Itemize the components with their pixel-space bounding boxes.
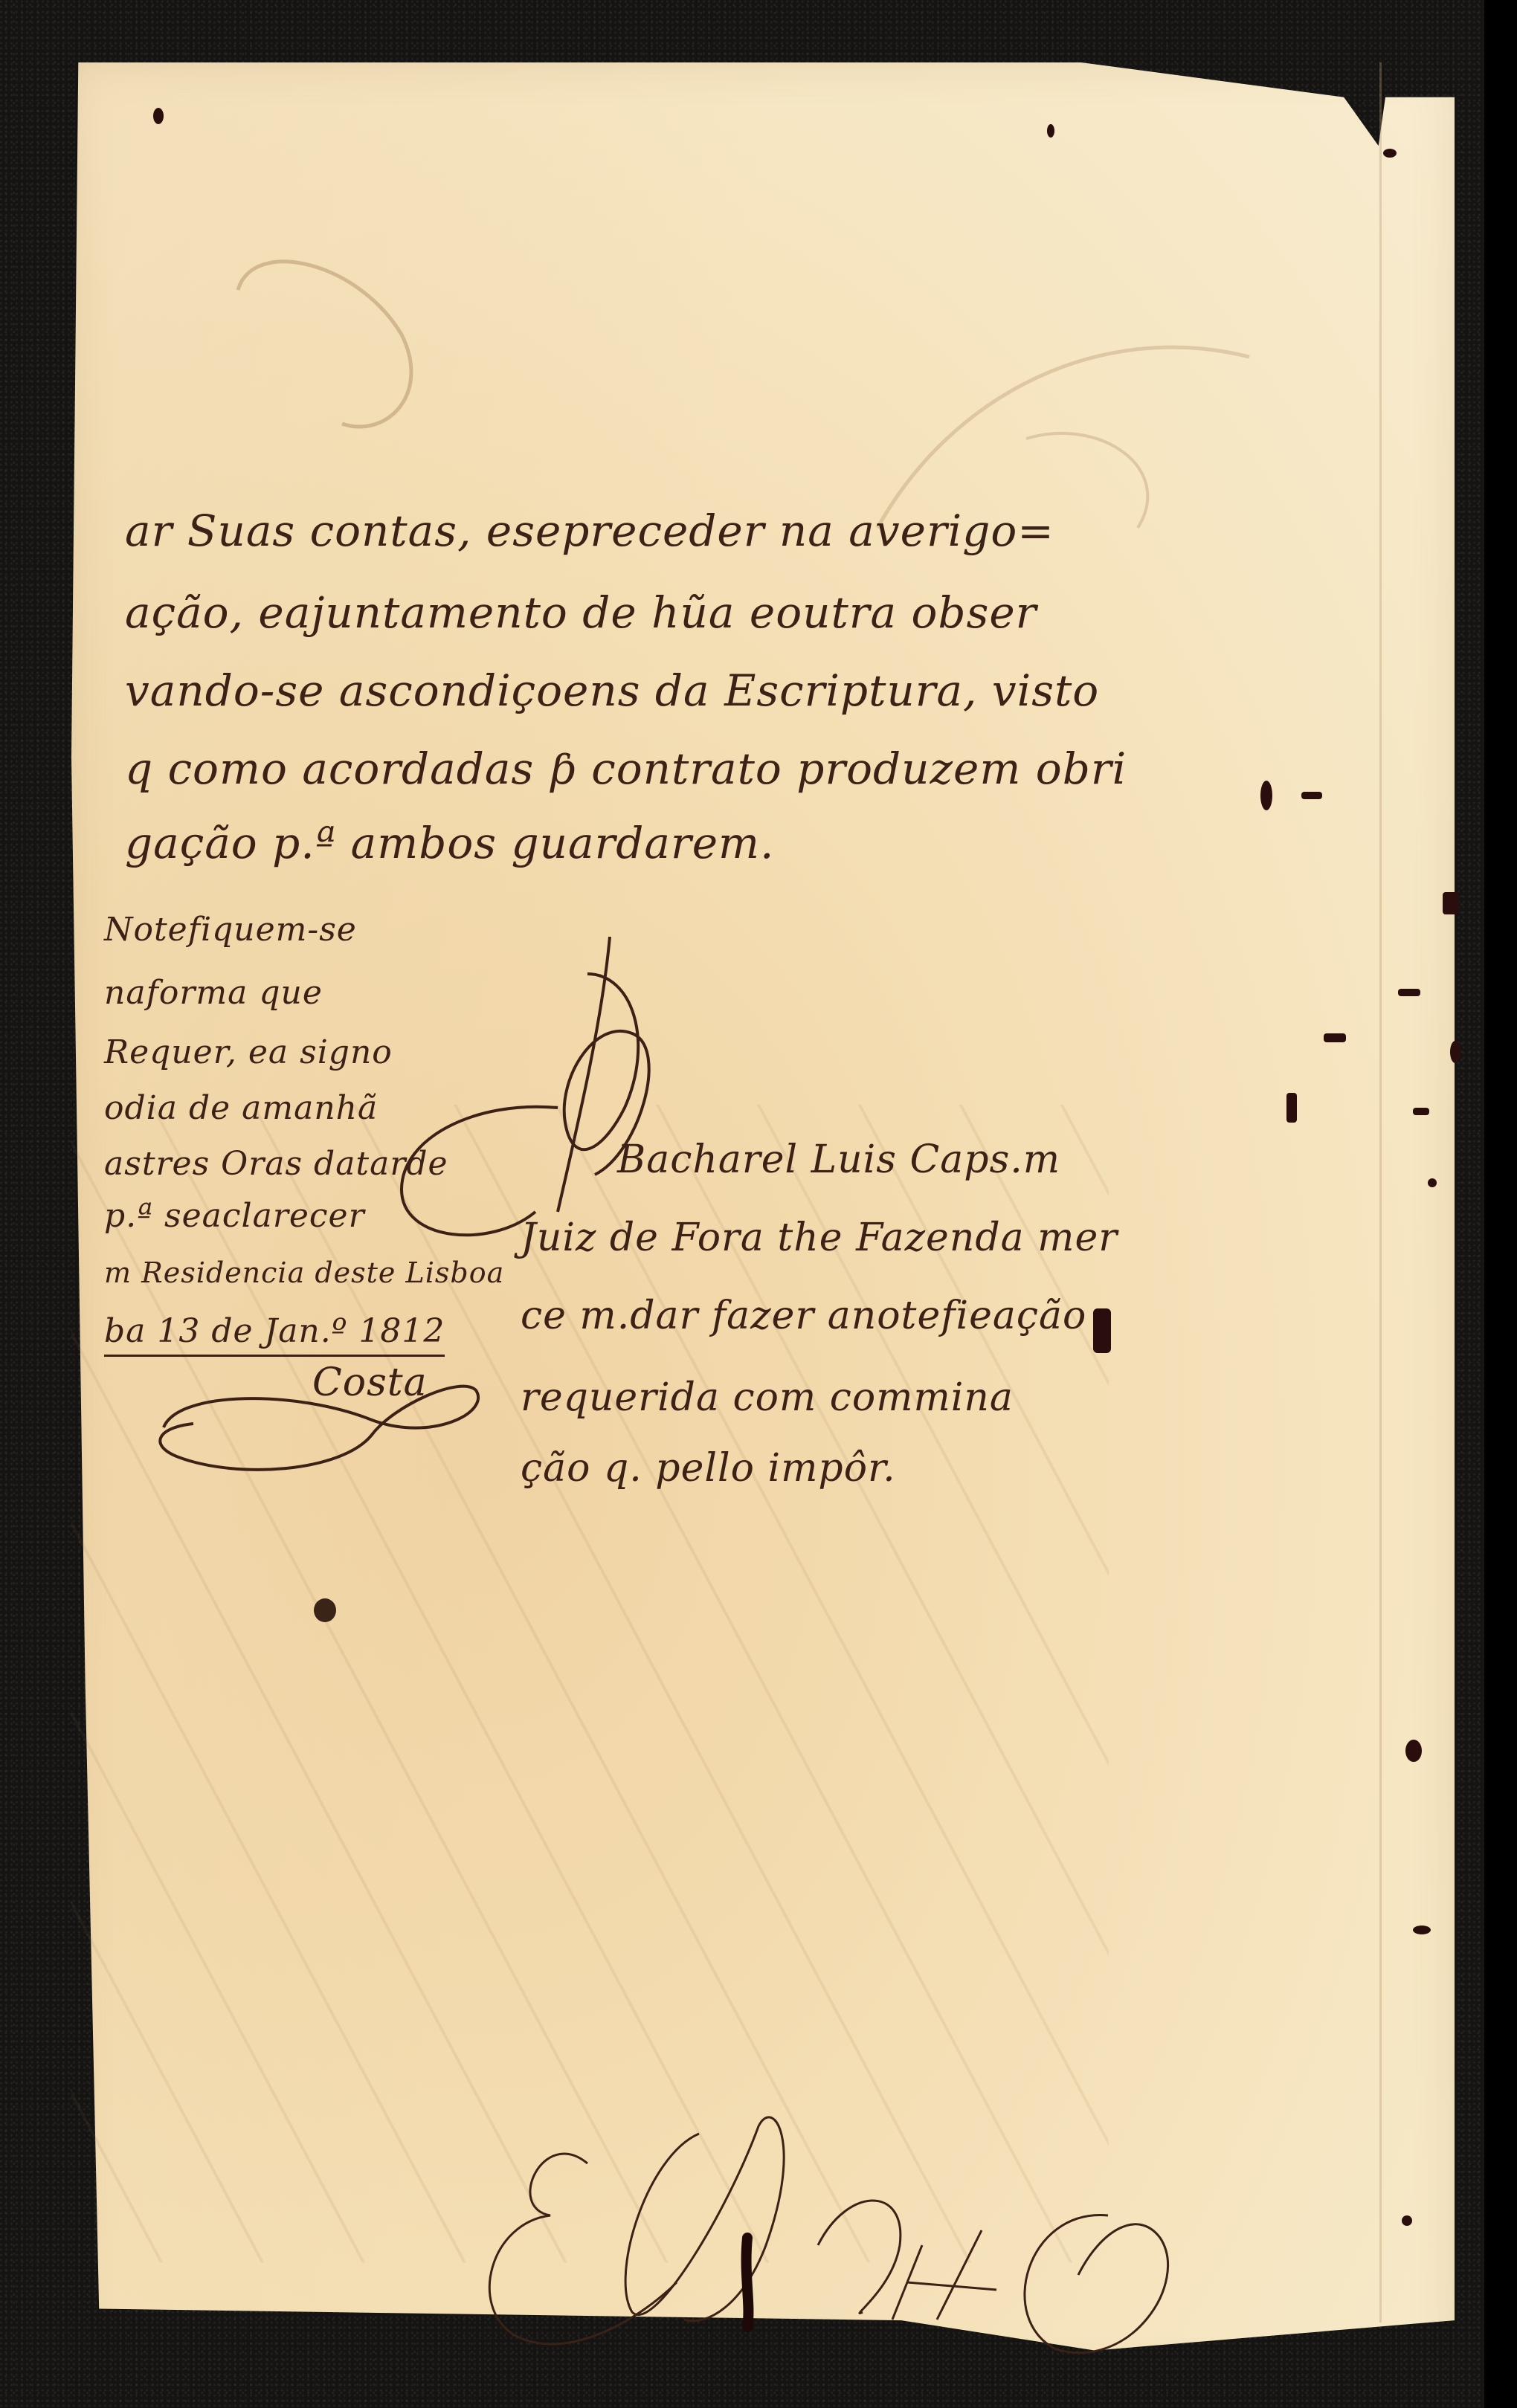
ink-spot: [1402, 2215, 1412, 2226]
ink-spot: [1398, 989, 1420, 996]
ink-spot: [153, 108, 164, 124]
ink-spot: [1450, 1041, 1460, 1063]
ink-spot: [1093, 1308, 1111, 1353]
margin-note-line: odia de amanhã: [104, 1089, 378, 1127]
margin-note-line: Requer, ea signo: [104, 1033, 393, 1071]
margin-note-line: p.ª seaclarecer: [104, 1197, 365, 1235]
ink-spot: [1047, 124, 1054, 138]
main-text-line: q como acordadas ƥ contrato produzem obr…: [125, 743, 1127, 794]
margin-note-date: ba 13 de Jan.º 1812: [104, 1312, 445, 1357]
scanner-background-strip: [1484, 0, 1517, 2408]
dispatch-line: requerida com commina: [521, 1375, 1014, 1420]
margin-note-line: astres Oras datarde: [104, 1145, 448, 1183]
margin-note-signature: Costa: [312, 1360, 428, 1405]
margin-note-line: Notefiquem-se: [104, 911, 357, 949]
dispatch-line: Juiz de Fora the Fazenda mer: [521, 1216, 1118, 1260]
paper-fold-line: [1379, 62, 1382, 2323]
ink-spot: [1301, 792, 1322, 799]
dispatch-line: ção q. pello impôr.: [521, 1446, 896, 1491]
dispatch-line: ce m.dar fazer anotefieação: [521, 1294, 1086, 1338]
ink-spot: [1443, 892, 1459, 914]
main-text-line: ar Suas contas, esepreceder na averigo=: [125, 506, 1054, 556]
ink-spot: [314, 1598, 336, 1622]
ink-spot: [1383, 149, 1397, 158]
main-text-line: ação, eajuntamento de hũa eoutra obser: [125, 587, 1037, 638]
margin-note-line: naforma que: [104, 974, 323, 1012]
ink-spot: [1428, 1178, 1437, 1187]
main-text-line: gação p.ª ambos guardarem.: [125, 818, 775, 868]
ink-spot: [1413, 1108, 1429, 1115]
ink-spot: [1324, 1033, 1346, 1042]
main-text-line: vando-se ascondiçoens da Escriptura, vis…: [125, 665, 1099, 716]
ink-spot: [1260, 781, 1272, 810]
ink-spot: [1405, 1740, 1422, 1762]
margin-note-line: m Residencia deste Lisboa: [104, 1256, 504, 1289]
ink-spot: [1286, 1093, 1297, 1123]
dispatch-line: Bacharel Luis Caps.m: [617, 1137, 1060, 1182]
ink-spot: [1413, 1926, 1431, 1934]
